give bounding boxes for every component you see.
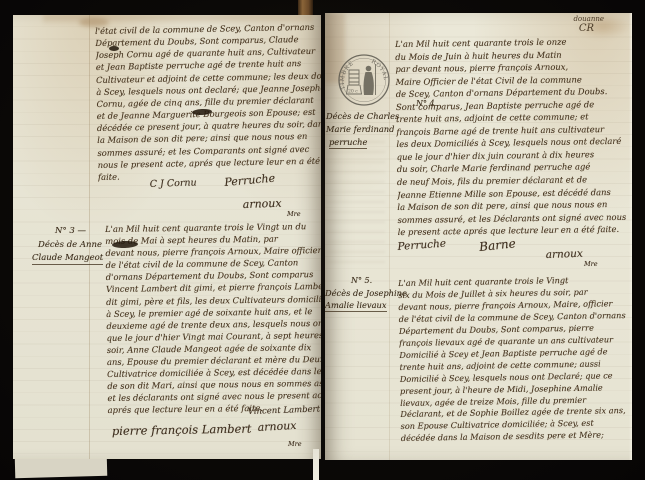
corner-annotation: douanne — [573, 15, 604, 23]
margin-note-entry-4-line: perruche — [329, 137, 367, 149]
signature: pierre françois Lambert — [112, 422, 252, 438]
signature-paraph: Mre — [288, 440, 302, 448]
margin-note-entry-4-line: Décès de Charles — [326, 111, 399, 121]
death-act-entry-3: L'an Mil huit cent quarante trois le Vin… — [105, 220, 321, 416]
signature: arnoux — [546, 248, 583, 261]
page-edge-sliver — [313, 449, 319, 480]
corner-annotation-paraph: CR — [579, 23, 594, 34]
margin-note-entry-5-number: N° 5. — [351, 276, 372, 285]
signature-paraph: Mre — [287, 210, 301, 218]
death-act-entry-4: L'an Mil huit cent quarante trois le onz… — [395, 35, 631, 239]
margin-note-entry-3-line: Décès de Anne — [38, 240, 102, 250]
timbre-royal-stamp: TIMBRE ROYAL 20 c — [337, 53, 391, 107]
signature: C J Cornu — [150, 177, 197, 190]
signature: Barne — [479, 236, 517, 254]
book-spine-tab — [298, 0, 313, 16]
death-act-entry-5: L'an Mil huit cent quarante trois le Vin… — [398, 274, 632, 445]
ink-blot — [109, 46, 119, 51]
margin-note-entry-3-line: Claude Mangeot — [32, 253, 103, 265]
ink-bleed-through — [327, 133, 385, 263]
margin-note-entry-5-line: Décès de Josephine — [325, 288, 407, 298]
register-page-left: l'état civil de la commune de Scey, Cant… — [13, 15, 321, 459]
signature: arnoux — [257, 419, 296, 434]
scanned-register-spread: l'état civil de la commune de Scey, Cant… — [0, 0, 645, 480]
signature: Perruche — [397, 238, 446, 253]
death-act-entry-continuation: l'état civil de la commune de Scey, Cant… — [95, 21, 321, 183]
margin-note-entry-4-line: Marie ferdinand — [326, 124, 394, 134]
margin-note-entry-3-number: N° 3 — — [55, 226, 86, 236]
stamp-value: 20 c — [348, 89, 358, 95]
signature-paraph: Mre — [584, 260, 598, 268]
margin-note-entry-5-line: Amalie lievaux — [325, 300, 387, 312]
register-page-right: douanne CR TIMBRE ROYAL 20 c N° 4. Décès… — [325, 13, 632, 460]
margin-rule-line — [89, 15, 90, 459]
signature: arnoux — [243, 197, 282, 211]
signature: Vincent Lambert — [248, 404, 321, 417]
